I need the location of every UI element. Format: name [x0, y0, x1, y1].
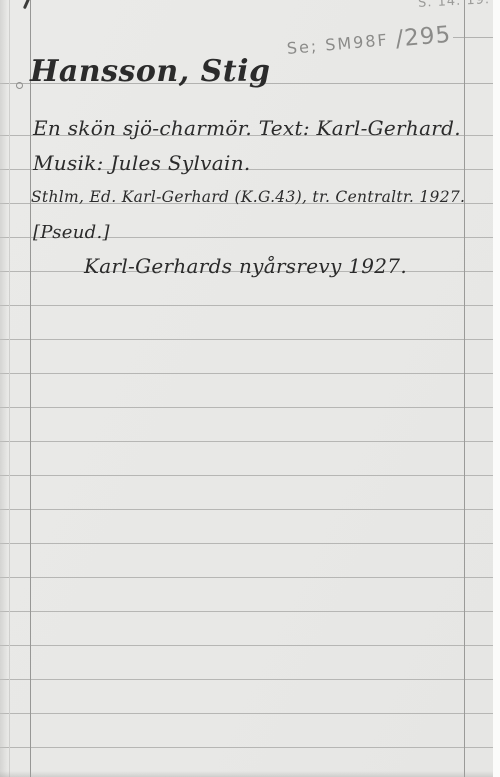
left-margin-line: [30, 0, 31, 777]
corner-date-note: S. 14. 19.: [418, 0, 491, 10]
scan-shadow-left: [0, 0, 8, 777]
right-margin-line: [464, 0, 465, 777]
reference-note-text: Se; SM98F: [286, 30, 389, 58]
scan-shadow-bottom: [0, 771, 493, 777]
imprint-line: Sthlm, Ed. Karl-Gerhard (K.G.43), tr. Ce…: [31, 190, 465, 206]
music-credit-line: Musik: Jules Sylvain.: [33, 153, 251, 173]
stray-ink-mark: [23, 0, 30, 9]
small-circle-mark: [16, 82, 23, 89]
revue-title-line: Karl-Gerhards nyårsrevy 1927.: [84, 256, 407, 276]
paper-edge-right: [493, 0, 500, 777]
left-edge-line: [9, 0, 10, 777]
catalog-card: S. 14. 19. Se; SM98F /295 Hansson, Stig …: [0, 0, 500, 777]
pseudonym-note-line: [Pseud.]: [33, 224, 110, 242]
reference-note-number: /295: [394, 22, 452, 53]
card-heading: Hansson, Stig: [30, 57, 270, 87]
reference-note: Se; SM98F /295: [286, 24, 452, 61]
title-statement-line: En skön sjö-charmör. Text: Karl-Gerhard.: [33, 118, 461, 138]
